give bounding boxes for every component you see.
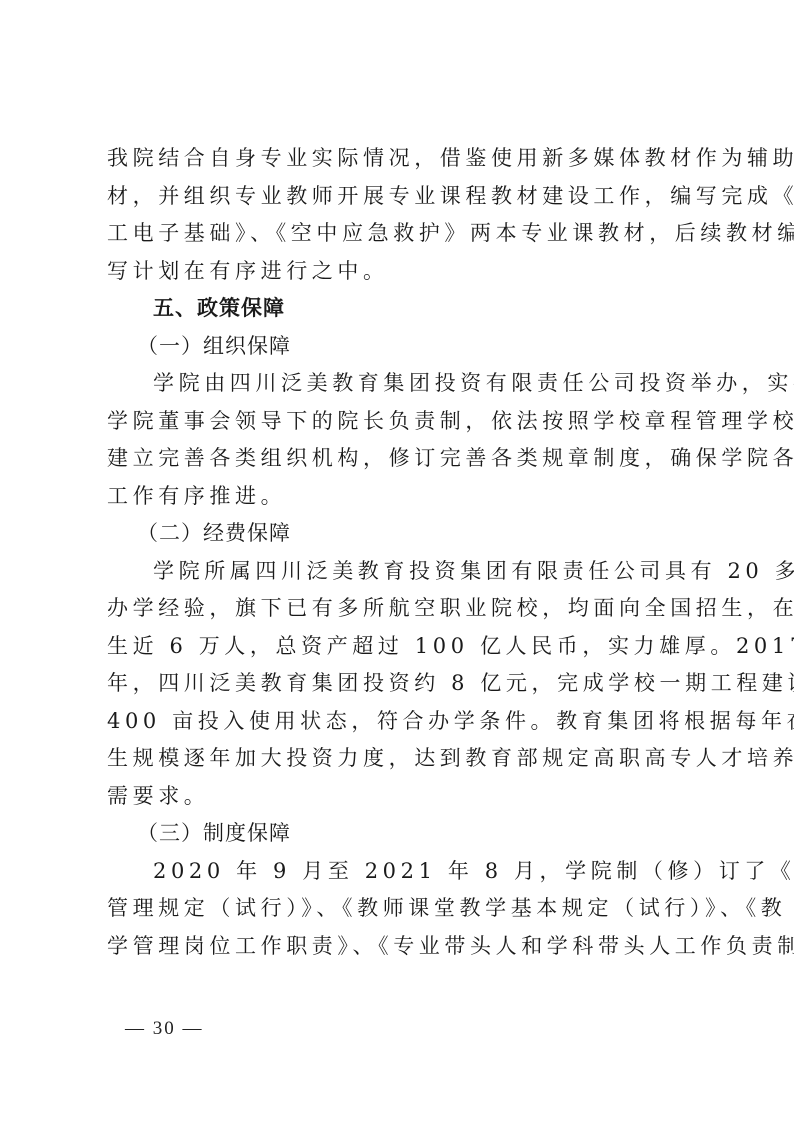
text-line: 建立完善各类组织机构，修订完善各类规章制度，确保学院各项 [107, 440, 697, 478]
paragraph-funding: 学院所属四川泛美教育投资集团有限责任公司具有 20 多年 办学经验，旗下已有多所… [107, 553, 697, 816]
subheading-organization: （一）组织保障 [107, 328, 697, 366]
paragraph-organization: 学院由四川泛美教育集团投资有限责任公司投资举办，实行 学院董事会领导下的院长负责… [107, 365, 697, 515]
text-line: 我院结合自身专业实际情况，借鉴使用新多媒体教材作为辅助教 [107, 140, 697, 178]
text-line: 材，并组织专业教师开展专业课程教材建设工作，编写完成《电 [107, 178, 697, 216]
subheading-system: （三）制度保障 [107, 815, 697, 853]
text-line: 学院由四川泛美教育集团投资有限责任公司投资举办，实行 [107, 365, 697, 403]
text-line: 工作有序推进。 [107, 478, 697, 516]
text-line: 办学经验，旗下已有多所航空职业院校，均面向全国招生，在校 [107, 590, 697, 628]
text-line: 工电子基础》、《空中应急救护》两本专业课教材，后续教材编 [107, 215, 697, 253]
text-line: 学院所属四川泛美教育投资集团有限责任公司具有 20 多年 [107, 553, 697, 591]
paragraph-textbook-development: 我院结合自身专业实际情况，借鉴使用新多媒体教材作为辅助教 材，并组织专业教师开展… [107, 140, 697, 290]
text-line: 生规模逐年加大投资力度，达到教育部规定高职高专人才培养所 [107, 740, 697, 778]
page-number: — 30 — [125, 1018, 204, 1040]
subheading-funding: （二）经费保障 [107, 515, 697, 553]
text-line: 400 亩投入使用状态，符合办学条件。教育集团将根据每年在校 [107, 703, 697, 741]
text-line: 学管理岗位工作职责》、《专业带头人和学科带头人工作负责制 [107, 928, 697, 966]
section-heading-policy-guarantee: 五、政策保障 [107, 290, 697, 328]
text-line: 需要求。 [107, 778, 697, 816]
text-line: 管理规定（试行）》、《教师课堂教学基本规定（试行）》、《教 [107, 890, 697, 928]
text-line: 写计划在有序进行之中。 [107, 253, 697, 291]
document-body: 我院结合自身专业实际情况，借鉴使用新多媒体教材作为辅助教 材，并组织专业教师开展… [107, 140, 697, 965]
text-line: 学院董事会领导下的院长负责制，依法按照学校章程管理学校， [107, 403, 697, 441]
text-line: 生近 6 万人，总资产超过 100 亿人民币，实力雄厚。2017-2020 [107, 628, 697, 666]
text-line: 2020 年 9 月至 2021 年 8 月，学院制（修）订了《教学常规 [107, 853, 697, 891]
text-line: 年，四川泛美教育集团投资约 8 亿元，完成学校一期工程建设约 [107, 665, 697, 703]
paragraph-system: 2020 年 9 月至 2021 年 8 月，学院制（修）订了《教学常规 管理规… [107, 853, 697, 966]
